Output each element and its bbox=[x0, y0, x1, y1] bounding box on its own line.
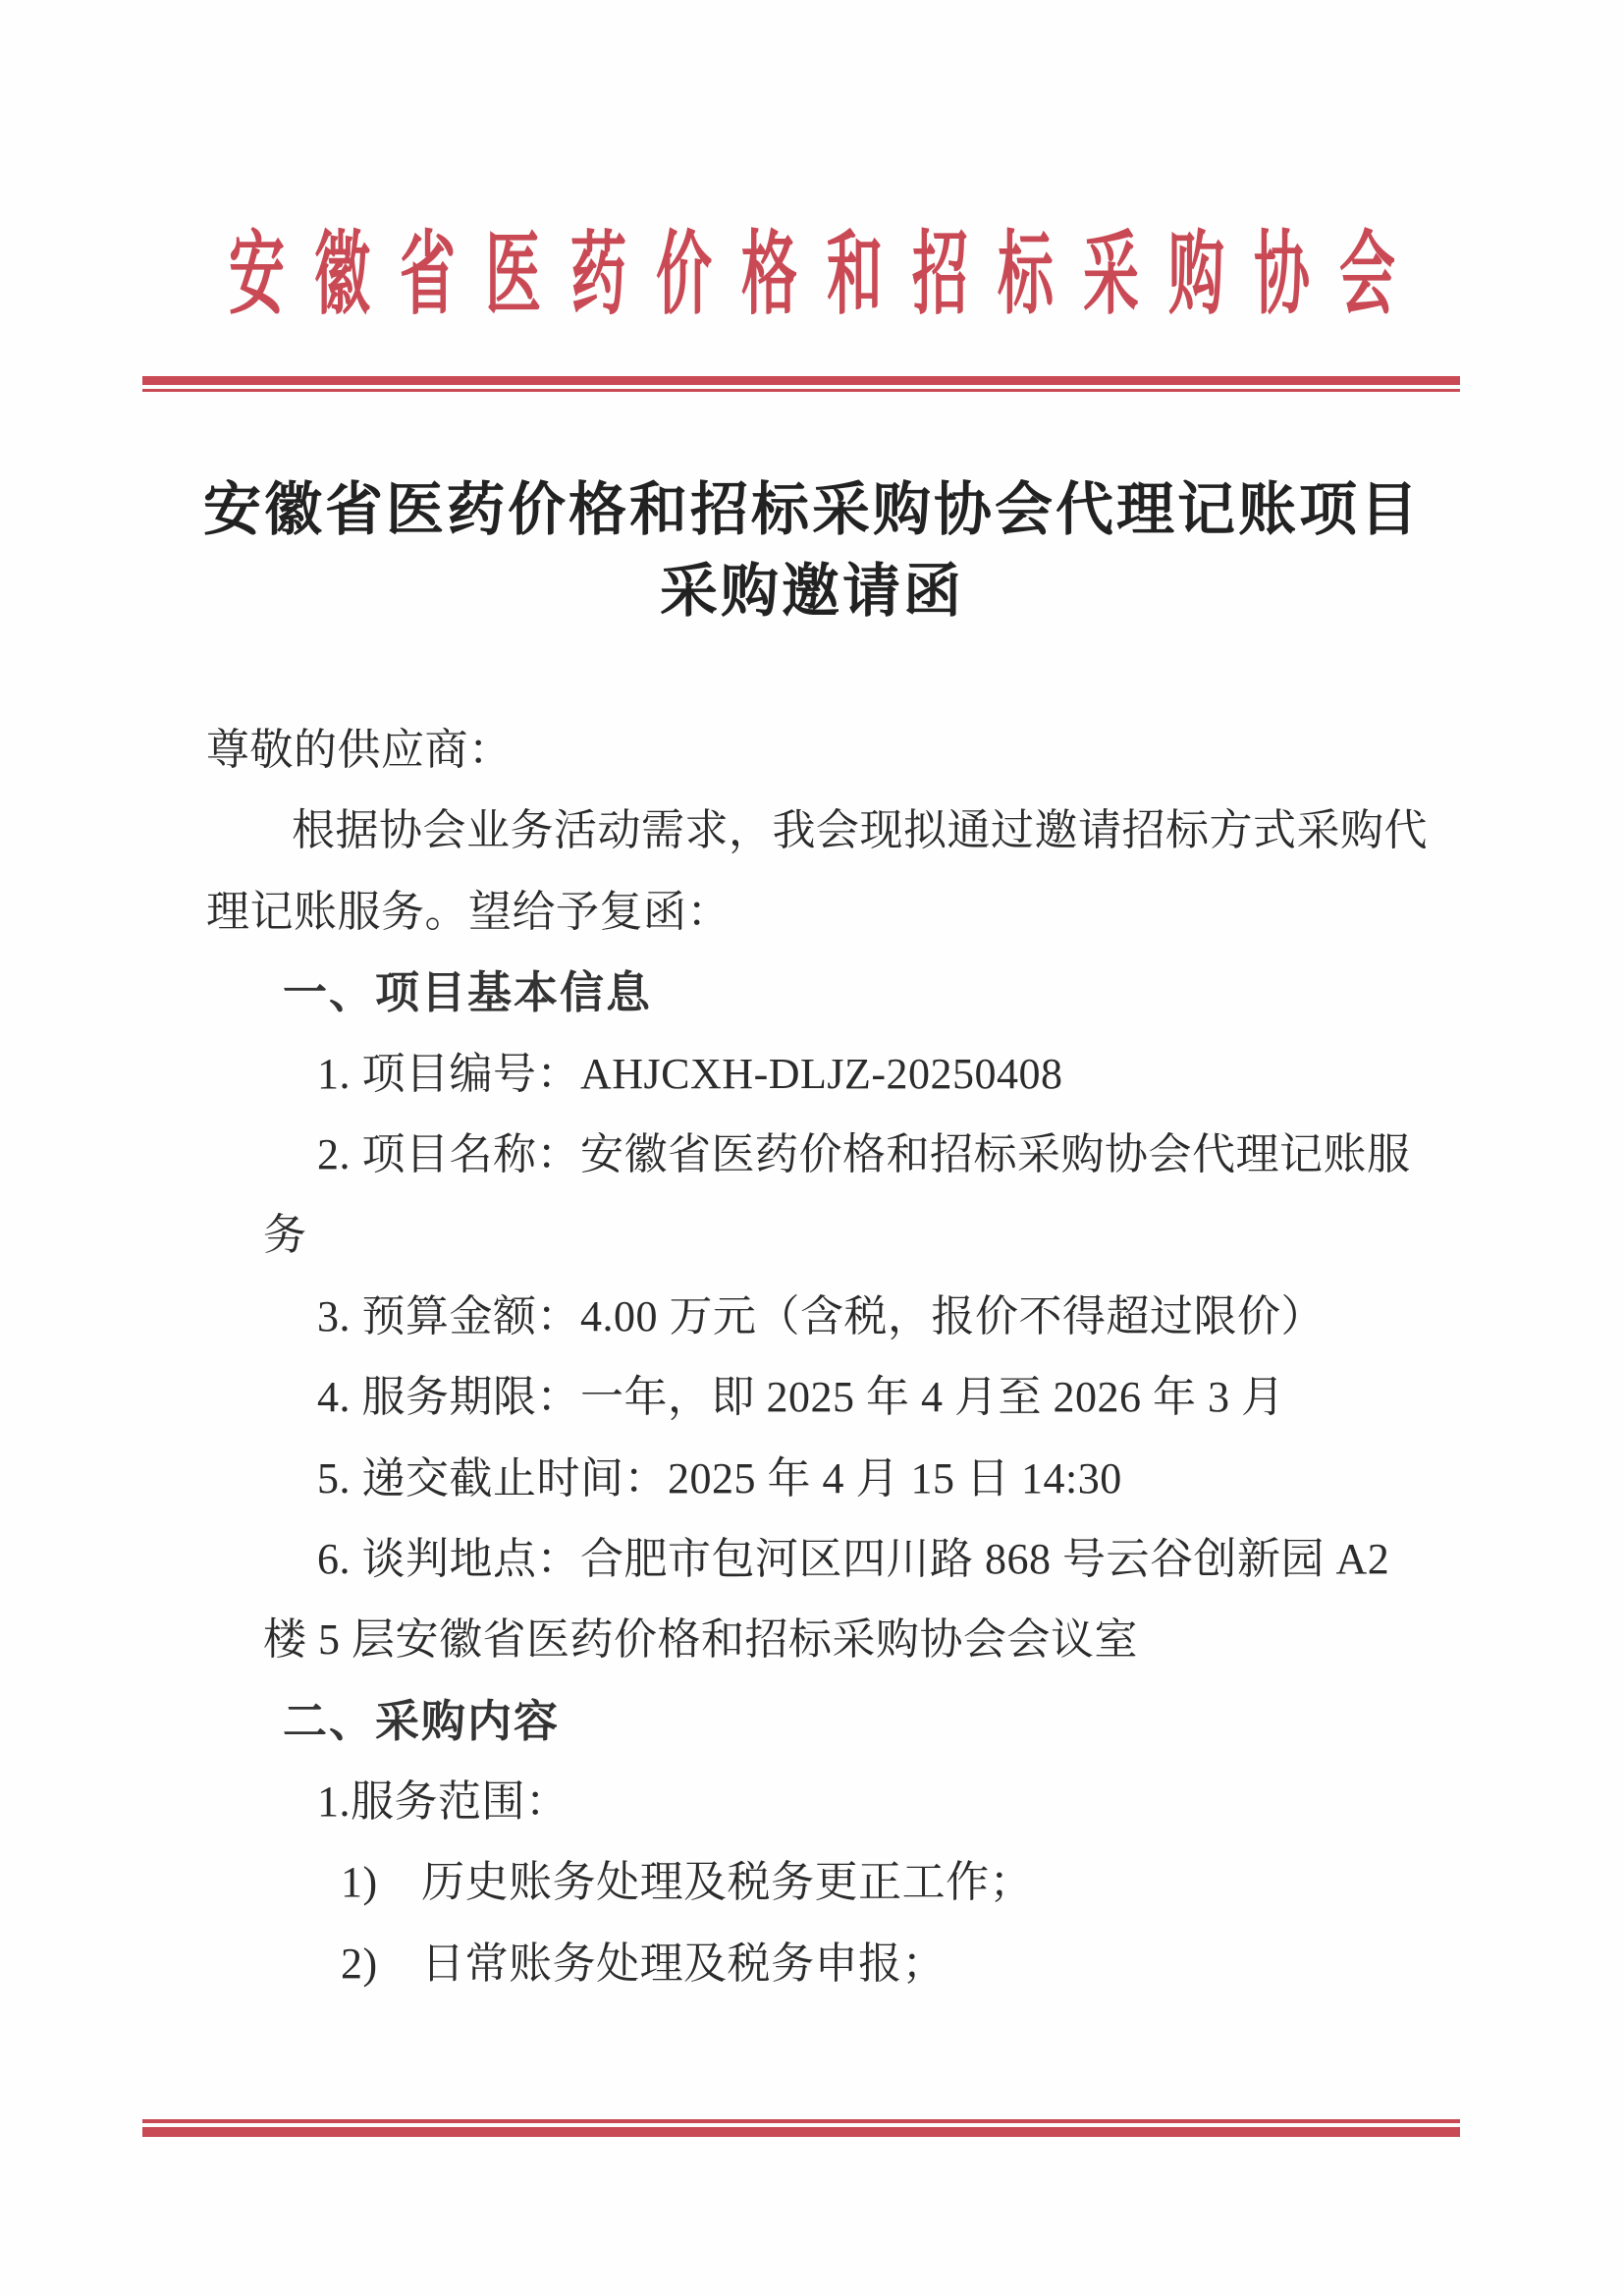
letterhead-org-name: 安徽省医药价格和招标采购协会 bbox=[0, 231, 1624, 321]
document-page: 安徽省医药价格和招标采购协会 安徽省医药价格和招标采购协会代理记账项目 采购邀请… bbox=[0, 0, 1624, 2296]
numbered-item-project-number: 1. 项目编号：AHJCXH-DLJZ-20250408 bbox=[206, 1034, 1473, 1115]
header-rule bbox=[142, 376, 1460, 392]
numbered-item-service-period: 4. 服务期限：一年，即 2025 年 4 月至 2026 年 3 月 bbox=[206, 1357, 1473, 1438]
header-rule-thin-line bbox=[142, 389, 1460, 392]
paragraph-line: 根据协会业务活动需求，我会现拟通过邀请招标方式采购代 bbox=[206, 791, 1473, 871]
document-title-line-2: 采购邀请函 bbox=[105, 551, 1519, 632]
numbered-item-deadline: 5. 递交截止时间：2025 年 4 月 15 日 14:30 bbox=[206, 1439, 1473, 1519]
footer-rule bbox=[142, 2119, 1460, 2137]
document-title-line-1: 安徽省医药价格和招标采购协会代理记账项目 bbox=[105, 469, 1519, 551]
numbered-item-location: 6. 谈判地点：合肥市包河区四川路 868 号云谷创新园 A2 bbox=[206, 1519, 1473, 1600]
numbered-item-service-scope: 1.服务范围： bbox=[206, 1762, 1473, 1842]
paragraph-line: 理记账服务。望给予复函： bbox=[206, 872, 1473, 953]
footer-rule-thick-line bbox=[142, 2127, 1460, 2137]
salutation-line: 尊敬的供应商： bbox=[206, 710, 1473, 791]
header-rule-thick-line bbox=[142, 376, 1460, 385]
section-heading-2: 二、采购内容 bbox=[206, 1681, 1473, 1762]
continuation-line: 楼 5 层安徽省医药价格和招标采购协会会议室 bbox=[206, 1600, 1473, 1680]
sub-list-item-1: 1) 历史账务处理及税务更正工作； bbox=[206, 1842, 1473, 1923]
document-title: 安徽省医药价格和招标采购协会代理记账项目 采购邀请函 bbox=[105, 469, 1519, 632]
numbered-item-budget: 3. 预算金额：4.00 万元（含税，报价不得超过限价） bbox=[206, 1277, 1473, 1357]
document-body: 尊敬的供应商： 根据协会业务活动需求，我会现拟通过邀请招标方式采购代 理记账服务… bbox=[206, 710, 1473, 2004]
continuation-line: 务 bbox=[206, 1195, 1473, 1276]
section-heading-1: 一、项目基本信息 bbox=[206, 953, 1473, 1033]
sub-list-item-2: 2) 日常账务处理及税务申报； bbox=[206, 1924, 1473, 2004]
numbered-item-project-name: 2. 项目名称：安徽省医药价格和招标采购协会代理记账服 bbox=[206, 1115, 1473, 1195]
